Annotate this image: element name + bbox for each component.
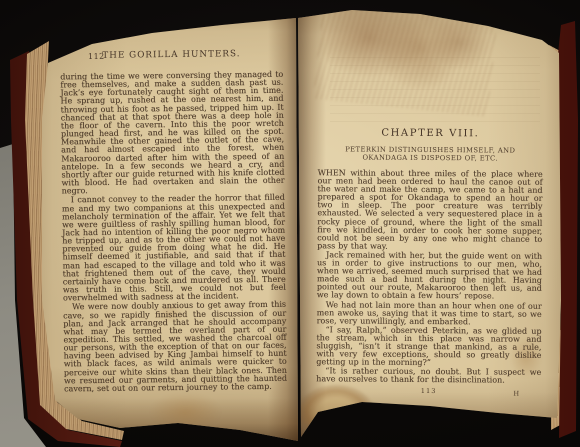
paragraph: “It is rather curious, no doubt. But I s…: [316, 367, 541, 385]
paragraph: during the time we were conversing they …: [60, 71, 284, 196]
chapter-heading: CHAPTER VIII.: [318, 127, 543, 140]
paragraph: Jack remained with her, but the guide we…: [317, 251, 542, 301]
paragraph: We had not lain more than an hour when o…: [317, 301, 542, 327]
right-page-body: WHEN within about three miles of the pla…: [316, 169, 542, 385]
right-page-text: CHAPTER VIII. PETERKIN DISTINGUISHES HIM…: [316, 127, 543, 400]
stain: [313, 0, 498, 117]
left-page-text: 112 THE GORILLA HUNTERS. during the time…: [60, 49, 287, 395]
printers-signature-mark: H: [513, 390, 519, 398]
paragraph: I cannot convey to the reader the horror…: [62, 194, 286, 303]
right-page-footer: 113 H: [316, 387, 541, 401]
chapter-subtitle: PETERKIN DISTINGUISHES HIMSELF, AND OKAN…: [322, 145, 538, 163]
left-page-body: during the time we were conversing they …: [60, 71, 287, 394]
stain: [138, 386, 233, 438]
paragraph: WHEN within about three miles of the pla…: [317, 169, 543, 252]
page-number-left: 112: [88, 52, 105, 61]
paragraph: We were now doubly anxious to get away f…: [63, 301, 287, 393]
paragraph: “I say, Ralph,” observed Peterkin, as we…: [316, 326, 541, 368]
left-page-header: 112 THE GORILLA HUNTERS.: [60, 49, 283, 64]
page-number-right: 113: [316, 387, 541, 397]
